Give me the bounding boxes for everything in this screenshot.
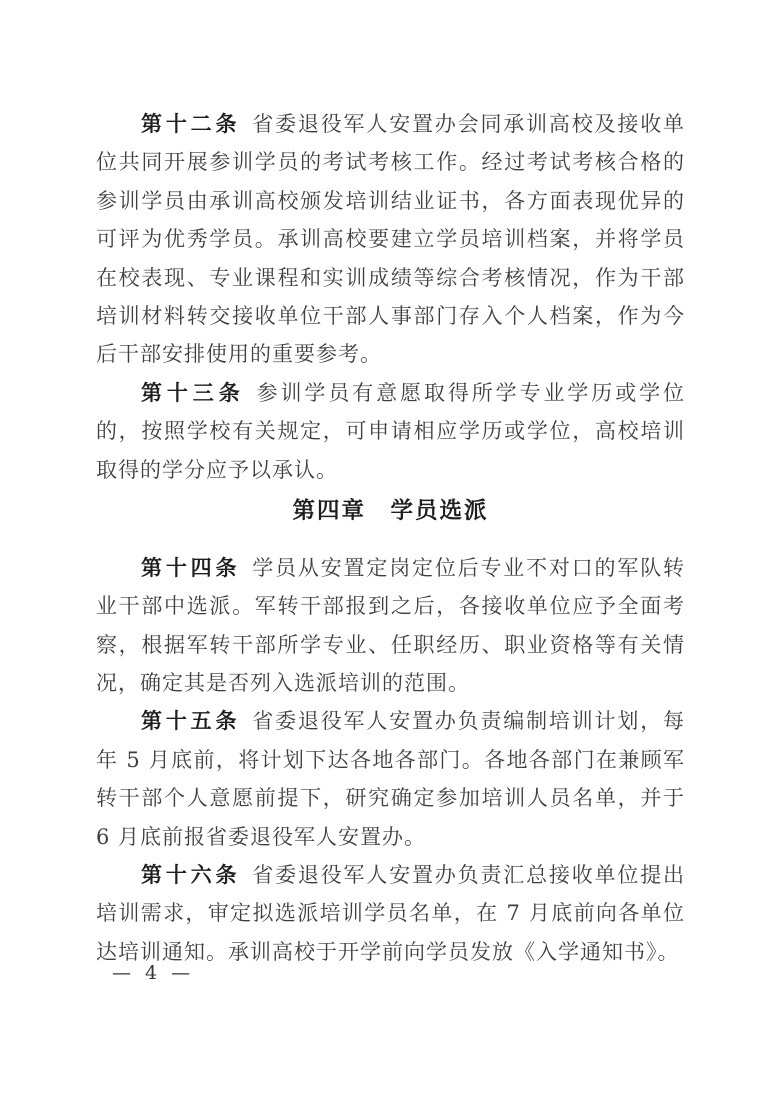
article-14-term: 第十四条: [141, 556, 240, 580]
article-14-line-1: 第十四条学员从安置定岗定位后专业不对口的军队转: [96, 549, 685, 587]
article-14-line-1-text: 学员从安置定岗定位后专业不对口的军队转: [252, 556, 685, 580]
article-16-term: 第十六条: [141, 863, 240, 887]
article-13-term: 第十三条: [141, 381, 245, 405]
article-16-line-2: 培训需求，审定拟选派培训学员名单，在 7 月底前向各单位下: [96, 894, 685, 932]
document-sheet: 第十二条省委退役军人安置办会同承训高校及接收单 位共同开展参训学员的考试考核工作…: [0, 0, 775, 1097]
article-12-line-5: 在校表现、专业课程和实训成绩等综合考核情况，作为干部: [96, 259, 685, 297]
article-12-line-4: 可评为优秀学员。承训高校要建立学员培训档案，并将学员: [96, 220, 685, 258]
article-13-line-1-text: 参训学员有意愿取得所学专业学历或学位: [257, 381, 685, 405]
article-14-line-4: 况，确定其是否列入选派培训的范围。: [96, 664, 685, 702]
article-15-line-4: 6 月底前报省委退役军人安置办。: [96, 818, 685, 856]
article-12-term: 第十二条: [141, 112, 240, 136]
article-12-line-3: 参训学员由承训高校颁发培训结业证书，各方面表现优异的: [96, 182, 685, 220]
article-13-line-3: 取得的学分应予以承认。: [96, 451, 685, 489]
article-16-line-1: 第十六条省委退役军人安置办负责汇总接收单位提出的: [96, 856, 685, 894]
article-12-line-7: 后干部安排使用的重要参考。: [96, 335, 685, 373]
article-14-line-2: 业干部中选派。军转干部报到之后，各接收单位应予全面考: [96, 587, 685, 625]
article-13-line-2: 的，按照学校有关规定，可申请相应学历或学位，高校培训: [96, 412, 685, 450]
article-15-line-1: 第十五条省委退役军人安置办负责编制培训计划，每: [96, 702, 685, 740]
article-12-line-1: 第十二条省委退役军人安置办会同承训高校及接收单: [96, 105, 685, 143]
chapter-heading: 第四章 学员选派: [96, 492, 685, 530]
article-12-line-1-text: 省委退役军人安置办会同承训高校及接收单: [252, 112, 685, 136]
article-12-line-6: 培训材料转交接收单位干部人事部门存入个人档案，作为今: [96, 297, 685, 335]
article-15-line-2: 年 5 月底前，将计划下达各地各部门。各地各部门在兼顾军: [96, 741, 685, 779]
article-15-line-1-text: 省委退役军人安置办负责编制培训计划，每: [252, 709, 685, 733]
article-14-line-3: 察，根据军转干部所学专业、任职经历、职业资格等有关情: [96, 626, 685, 664]
text-block: 第十二条省委退役军人安置办会同承训高校及接收单 位共同开展参训学员的考试考核工作…: [96, 105, 685, 971]
page-number: — 4 —: [112, 962, 194, 984]
article-15-line-3: 转干部个人意愿前提下，研究确定参加培训人员名单，并于: [96, 779, 685, 817]
article-12-line-2: 位共同开展参训学员的考试考核工作。经过考试考核合格的: [96, 143, 685, 181]
article-15-term: 第十五条: [141, 709, 240, 733]
article-13-line-1: 第十三条参训学员有意愿取得所学专业学历或学位: [96, 374, 685, 412]
